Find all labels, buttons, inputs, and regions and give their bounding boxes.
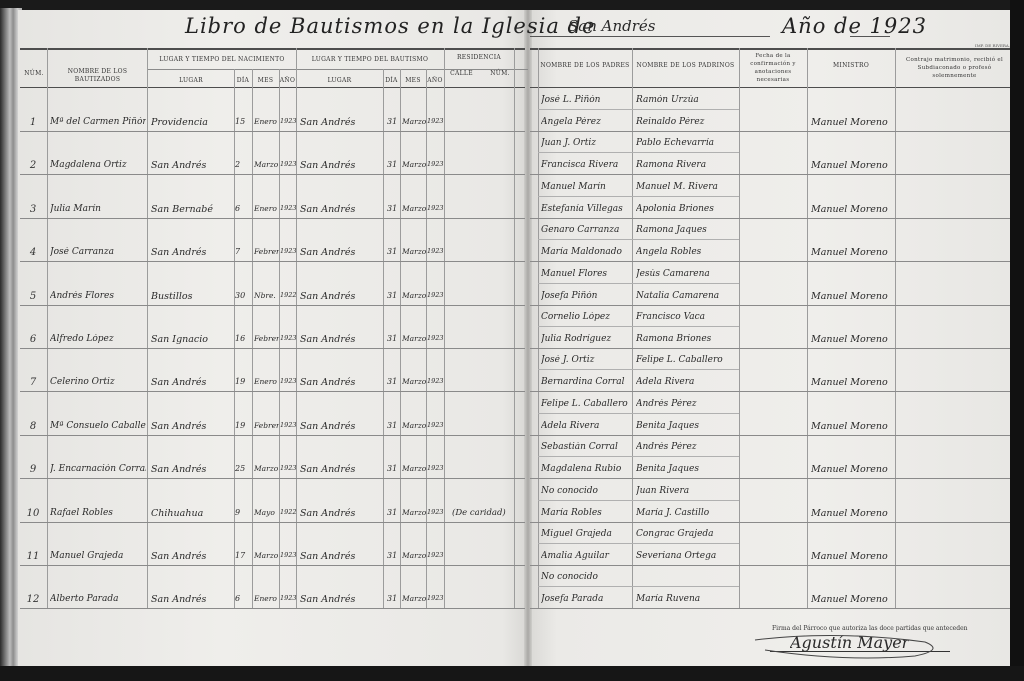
parish-underline [530,36,770,37]
birth-month: Marzo [254,160,279,169]
signature-flourish-icon [745,628,945,663]
birth-month: Enero [254,204,279,213]
col-divider [383,69,384,608]
baptism-month: Marzo [402,551,426,560]
row-rule-left [20,348,525,349]
entry-number: 3 [22,204,44,215]
parent-sub-rule [538,239,739,240]
header-residence-group: Residencia [444,54,514,62]
baptized-name: Rafael Robles [50,508,146,518]
baptism-month: Marzo [402,464,426,473]
birth-place: Providencia [151,117,233,128]
birth-month: Marzo [254,464,279,473]
godmother-name: Benita Jaques [636,464,738,474]
header-marriage: Contrajo matrimonio, recibió el Subdiaco… [897,56,1012,80]
birth-day: 17 [235,551,252,560]
header-bottom-rule-right [530,87,1010,88]
baptism-month: Marzo [402,594,426,603]
baptism-day: 31 [387,551,400,560]
father-name: José J. Ortiz [541,355,631,365]
header-birth-day: Día [234,77,252,85]
baptism-year: 1923 [427,421,445,429]
row-rule-left [20,261,525,262]
minister-name: Manuel Moreno [811,421,895,432]
row-rule-right [530,261,1010,262]
header-baptism-place: Lugar [296,77,383,85]
birth-year: 1923 [280,551,297,559]
birth-day: 7 [235,247,252,256]
baptism-day: 31 [387,117,400,126]
minister-name: Manuel Moreno [811,160,895,171]
baptism-year: 1923 [427,117,445,125]
mother-name: Josefa Parada [541,594,631,604]
parent-sub-rule [538,196,739,197]
godfather-name: Congrac Grajeda [636,529,738,539]
header-baptism-year: Año [426,77,444,85]
entry-number: 10 [22,508,44,519]
baptism-place: San Andrés [300,247,382,258]
birth-place: San Andrés [151,594,233,605]
birth-month: Febrero [254,334,279,343]
entry-number: 6 [22,334,44,345]
parent-sub-rule [538,283,739,284]
minister-name: Manuel Moreno [811,377,895,388]
col-divider [739,48,740,608]
baptized-name: Mª del Carmen Piñón [50,117,146,127]
header-residence-num: Núm. [486,70,514,78]
header-top-rule-right [530,48,1010,50]
godmother-name: Ramona Briones [636,334,738,344]
birth-day: 25 [235,464,252,473]
book-spine [524,10,532,666]
col-divider [147,48,148,608]
header-birth-month: Mes [252,77,279,85]
mother-name: Josefa Piñón [541,291,631,301]
godmother-name: María Ruvena [636,594,738,604]
baptized-name: Manuel Grajeda [50,551,146,561]
godmother-name: Benita Jaques [636,421,738,431]
baptism-year: 1923 [427,377,445,385]
col-divider [400,69,401,608]
scan-bottom-edge [0,666,1024,681]
baptism-month: Marzo [402,508,426,517]
baptism-place: San Andrés [300,291,382,302]
year-suffix: 23 [898,14,927,38]
row-rule-right [530,608,1010,609]
father-name: No conocido [541,486,631,496]
col-divider [296,48,297,608]
birth-day: 30 [235,291,252,300]
birth-month: Mayo [254,508,279,517]
baptism-day: 31 [387,160,400,169]
register-title: Libro de Bautismos en la Iglesia de [185,14,595,38]
col-divider [895,48,896,608]
godfather-name: Andrés Pérez [636,399,738,409]
row-rule-left [20,305,525,306]
row-rule-left [20,608,525,609]
birth-year: 1923 [280,334,297,342]
birth-year: 1922 [280,291,297,299]
baptized-name: Celerino Ortiz [50,377,146,387]
birth-place: San Andrés [151,421,233,432]
birth-day: 19 [235,377,252,386]
header-confirmation: Fecha de la confirmación y anotaciones n… [741,52,805,84]
header-residence-street: Calle [444,70,479,78]
birth-month: Nbre. [254,291,279,300]
birth-place: San Andrés [151,551,233,562]
baptized-name: J. Encarnación Corral [50,464,146,474]
col-divider [252,69,253,608]
baptized-name: Alfredo López [50,334,146,344]
godmother-name: Apolonia Briones [636,204,738,214]
birth-month: Enero [254,594,279,603]
father-name: Miguel Grajeda [541,529,631,539]
baptism-year: 1923 [427,334,445,342]
birth-place: San Ignacio [151,334,233,345]
row-rule-left [20,131,525,132]
parent-sub-rule [538,152,739,153]
baptism-place: San Andrés [300,334,382,345]
birth-year: 1922 [280,508,297,516]
baptized-name: Andrés Flores [50,291,146,301]
baptized-name: Mª Consuelo Caballero [50,421,146,431]
birth-year: 1923 [280,117,297,125]
minister-name: Manuel Moreno [811,464,895,475]
scan-right-edge [1010,0,1024,681]
father-name: Manuel Marín [541,182,631,192]
father-name: Sebastián Corral [541,442,631,452]
birth-year: 1923 [280,464,297,472]
godmother-name: Angela Robles [636,247,738,257]
birth-place: San Bernabé [151,204,233,215]
minister-name: Manuel Moreno [811,204,895,215]
baptized-name: José Carranza [50,247,146,257]
col-divider [538,48,539,608]
godfather-name: Francisco Vaca [636,312,738,322]
godfather-name: Jesús Camarena [636,269,738,279]
baptism-place: San Andrés [300,594,382,605]
header-baptism-day: Día [383,77,400,85]
row-rule-left [20,522,525,523]
godmother-name: Reinaldo Pérez [636,117,738,127]
header-baptism-month: Mes [400,77,426,85]
godfather-name: Felipe L. Caballero [636,355,738,365]
row-rule-right [530,565,1010,566]
parent-sub-rule [538,109,739,110]
scan-top-edge [0,0,1024,10]
birth-year: 1923 [280,594,297,602]
header-birth-group: Lugar y tiempo del nacimiento [148,56,296,64]
baptism-month: Marzo [402,334,426,343]
father-name: Juan J. Ortiz [541,138,631,148]
godfather-name: Ramón Urzúa [636,95,738,105]
baptism-month: Marzo [402,160,426,169]
baptism-year: 1923 [427,160,445,168]
baptism-place: San Andrés [300,551,382,562]
godmother-name: Severiana Ortega [636,551,738,561]
baptism-day: 31 [387,464,400,473]
birth-year: 1923 [280,160,297,168]
row-rule-right [530,131,1010,132]
godmother-name: Ramona Rivera [636,160,738,170]
entry-number: 11 [22,551,44,562]
mother-name: Amalia Aguilar [541,551,631,561]
godfather-name: Pablo Echevarría [636,138,738,148]
col-divider [444,48,445,608]
row-rule-right [530,435,1010,436]
col-divider [632,48,633,608]
entry-number: 5 [22,291,44,302]
birth-year: 1923 [280,247,297,255]
parent-sub-rule [538,456,739,457]
parent-sub-rule [538,413,739,414]
baptism-year: 1923 [427,291,445,299]
birth-day: 9 [235,508,252,517]
baptism-place: San Andrés [300,464,382,475]
parish-name: San Andrés [568,17,656,35]
baptism-place: San Andrés [300,160,382,171]
minister-name: Manuel Moreno [811,334,895,345]
minister-name: Manuel Moreno [811,551,895,562]
col-divider [47,48,48,608]
entry-number: 4 [22,247,44,258]
mother-name: Angela Pérez [541,117,631,127]
row-rule-right [530,305,1010,306]
baptized-name: Magdalena Ortiz [50,160,146,170]
row-rule-left [20,565,525,566]
baptism-day: 31 [387,377,400,386]
godfather-name: Ramona Jaques [636,225,738,235]
father-name: José L. Piñón [541,95,631,105]
minister-name: Manuel Moreno [811,594,895,605]
row-rule-left [20,391,525,392]
baptism-day: 31 [387,334,400,343]
header-minister: Ministro [807,62,895,70]
residence: (De caridad) [452,508,514,518]
header-num: Núm. [20,70,48,78]
entry-number: 7 [22,377,44,388]
baptism-month: Marzo [402,291,426,300]
header-godparents: Nombre de los padrinos [632,62,739,70]
baptism-year: 1923 [427,247,445,255]
baptism-day: 31 [387,508,400,517]
birth-place: San Andrés [151,464,233,475]
parent-sub-rule [538,369,739,370]
row-rule-right [530,391,1010,392]
row-rule-left [20,478,525,479]
baptism-month: Marzo [402,204,426,213]
baptism-month: Marzo [402,117,426,126]
godmother-name: Adela Rivera [636,377,738,387]
entry-number: 12 [22,594,44,605]
header-birth-place: Lugar [148,77,234,85]
birth-month: Marzo [254,551,279,560]
mother-name: Bernardina Corral [541,377,631,387]
baptism-place: San Andrés [300,117,382,128]
baptism-day: 31 [387,594,400,603]
birth-year: 1923 [280,377,297,385]
godmother-name: María J. Castillo [636,508,738,518]
baptism-year: 1923 [427,551,445,559]
birth-place: San Andrés [151,247,233,258]
baptism-month: Marzo [402,247,426,256]
birth-day: 19 [235,421,252,430]
year-underline [850,36,890,37]
row-rule-right [530,174,1010,175]
row-rule-right [530,218,1010,219]
row-rule-right [530,478,1010,479]
minister-name: Manuel Moreno [811,508,895,519]
birth-year: 1923 [280,421,297,429]
row-rule-right [530,348,1010,349]
birth-place: San Andrés [151,160,233,171]
baptism-day: 31 [387,291,400,300]
father-name: Felipe L. Caballero [541,399,631,409]
entry-number: 2 [22,160,44,171]
mother-name: Estefanía Villegas [541,204,631,214]
father-name: Manuel Flores [541,269,631,279]
father-name: Genaro Carranza [541,225,631,235]
baptism-day: 31 [387,204,400,213]
baptism-day: 31 [387,247,400,256]
mother-name: María Maldonado [541,247,631,257]
baptism-year: 1923 [427,508,445,516]
header-baptism-group: Lugar y tiempo del bautismo [296,56,444,64]
mother-name: Magdalena Rubio [541,464,631,474]
birth-month: Febrero [254,247,279,256]
row-rule-left [20,435,525,436]
baptism-place: San Andrés [300,377,382,388]
birth-day: 16 [235,334,252,343]
birth-day: 2 [235,160,252,169]
birth-day: 6 [235,204,252,213]
header-top-rule-left [20,48,525,50]
godfather-name: Andrés Pérez [636,442,738,452]
baptism-place: San Andrés [300,508,382,519]
father-name: No conocido [541,572,631,582]
birth-month: Febrero [254,421,279,430]
year-prefix: Año de 19 [782,14,898,38]
mother-name: Francisca Rivera [541,160,631,170]
birth-month: Enero [254,377,279,386]
parent-sub-rule [538,586,739,587]
row-rule-left [20,174,525,175]
baptism-month: Marzo [402,421,426,430]
godfather-name: Manuel M. Rivera [636,182,738,192]
header-birth-year: Año [279,77,296,85]
birth-place: Bustillos [151,291,233,302]
baptism-place: San Andrés [300,421,382,432]
birth-day: 6 [235,594,252,603]
col-divider [807,48,808,608]
col-divider [514,48,515,608]
baptized-name: Julia Marín [50,204,146,214]
baptized-name: Alberto Parada [50,594,146,604]
godmother-name: Natalia Camarena [636,291,738,301]
father-name: Cornelio López [541,312,631,322]
mother-name: Adela Rivera [541,421,631,431]
baptism-day: 31 [387,421,400,430]
baptism-place: San Andrés [300,204,382,215]
parent-sub-rule [538,326,739,327]
header-parents: Nombre de los padres [538,62,632,70]
baptism-year: 1923 [427,594,445,602]
godfather-name: Juan Rivera [636,486,738,496]
row-rule-right [530,522,1010,523]
baptism-year: 1923 [427,204,445,212]
entry-number: 1 [22,117,44,128]
mother-name: María Robles [541,508,631,518]
birth-year: 1923 [280,204,297,212]
birth-day: 15 [235,117,252,126]
header-bottom-rule-left [20,87,525,88]
birth-place: San Andrés [151,377,233,388]
parent-sub-rule [538,543,739,544]
entry-number: 8 [22,421,44,432]
parent-sub-rule [538,500,739,501]
minister-name: Manuel Moreno [811,291,895,302]
birth-place: Chihuahua [151,508,233,519]
minister-name: Manuel Moreno [811,117,895,128]
header-name: Nombre de los bautizados [48,68,147,84]
baptism-month: Marzo [402,377,426,386]
entry-number: 9 [22,464,44,475]
year-label: Año de 1923 [782,14,927,38]
minister-name: Manuel Moreno [811,247,895,258]
row-rule-left [20,218,525,219]
baptism-year: 1923 [427,464,445,472]
birth-month: Enero [254,117,279,126]
mother-name: Julia Rodríguez [541,334,631,344]
